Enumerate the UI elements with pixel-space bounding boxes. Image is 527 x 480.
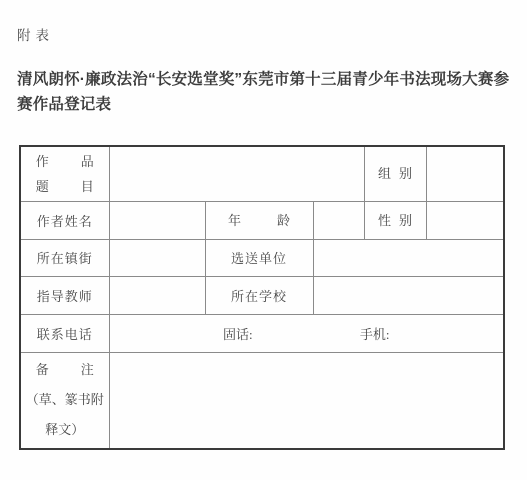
field-label-remarks: 备注 （草、篆书附 释文）: [20, 352, 109, 449]
gender-label-text: 性别: [378, 208, 412, 233]
form-title: 清风朗怀·廉政法治“长安选堂奖”东莞市第十三届青少年书法现场大赛参赛作品登记表: [17, 68, 513, 117]
row-author: 作者姓名 年龄 性别: [20, 201, 504, 239]
row-town: 所在镇街 选送单位: [20, 239, 504, 276]
remarks-label-line1: 备注: [36, 355, 94, 385]
remarks-label-line3: 释文）: [21, 415, 109, 445]
group-label-text: 组别: [378, 161, 412, 186]
field-label-school: 所在学校: [205, 276, 313, 314]
input-cell-group: [426, 146, 504, 201]
row-phone: 联系电话 固话: 手机:: [20, 314, 504, 352]
work-title-label-line2: 题目: [36, 174, 94, 199]
remarks-label-line2: （草、篆书附: [21, 385, 109, 415]
field-label-gender: 性别: [364, 201, 426, 239]
field-label-teacher: 指导教师: [20, 276, 109, 314]
input-cell-work-title: [109, 146, 364, 201]
appendix-label: 附表: [17, 24, 54, 44]
row-work-title: 作品 题目 组别: [20, 146, 504, 201]
field-label-town: 所在镇街: [20, 239, 109, 276]
work-title-label-line1: 作品: [36, 149, 94, 174]
input-cell-phone: 固话: 手机:: [109, 314, 504, 352]
field-label-author-name: 作者姓名: [20, 201, 109, 239]
input-cell-school: [313, 276, 504, 314]
mobile-label: 手机:: [360, 327, 390, 342]
input-cell-town: [109, 239, 205, 276]
input-cell-remarks: [109, 352, 504, 449]
row-remarks: 备注 （草、篆书附 释文）: [20, 352, 504, 449]
input-cell-teacher: [109, 276, 205, 314]
field-label-unit: 选送单位: [205, 239, 313, 276]
field-label-phone: 联系电话: [20, 314, 109, 352]
field-label-work-title: 作品 题目: [20, 146, 109, 201]
registration-table: 作品 题目 组别 作者姓名 年龄 性别: [19, 145, 505, 450]
field-label-age: 年龄: [205, 201, 313, 239]
row-teacher: 指导教师 所在学校: [20, 276, 504, 314]
document-page: 附表 清风朗怀·廉政法治“长安选堂奖”东莞市第十三届青少年书法现场大赛参赛作品登…: [0, 0, 527, 480]
input-cell-gender: [426, 201, 504, 239]
input-cell-author-name: [109, 201, 205, 239]
age-label-text: 年龄: [228, 208, 290, 233]
field-label-group: 组别: [364, 146, 426, 201]
input-cell-age: [313, 201, 364, 239]
landline-label: 固话:: [223, 327, 253, 342]
input-cell-unit: [313, 239, 504, 276]
